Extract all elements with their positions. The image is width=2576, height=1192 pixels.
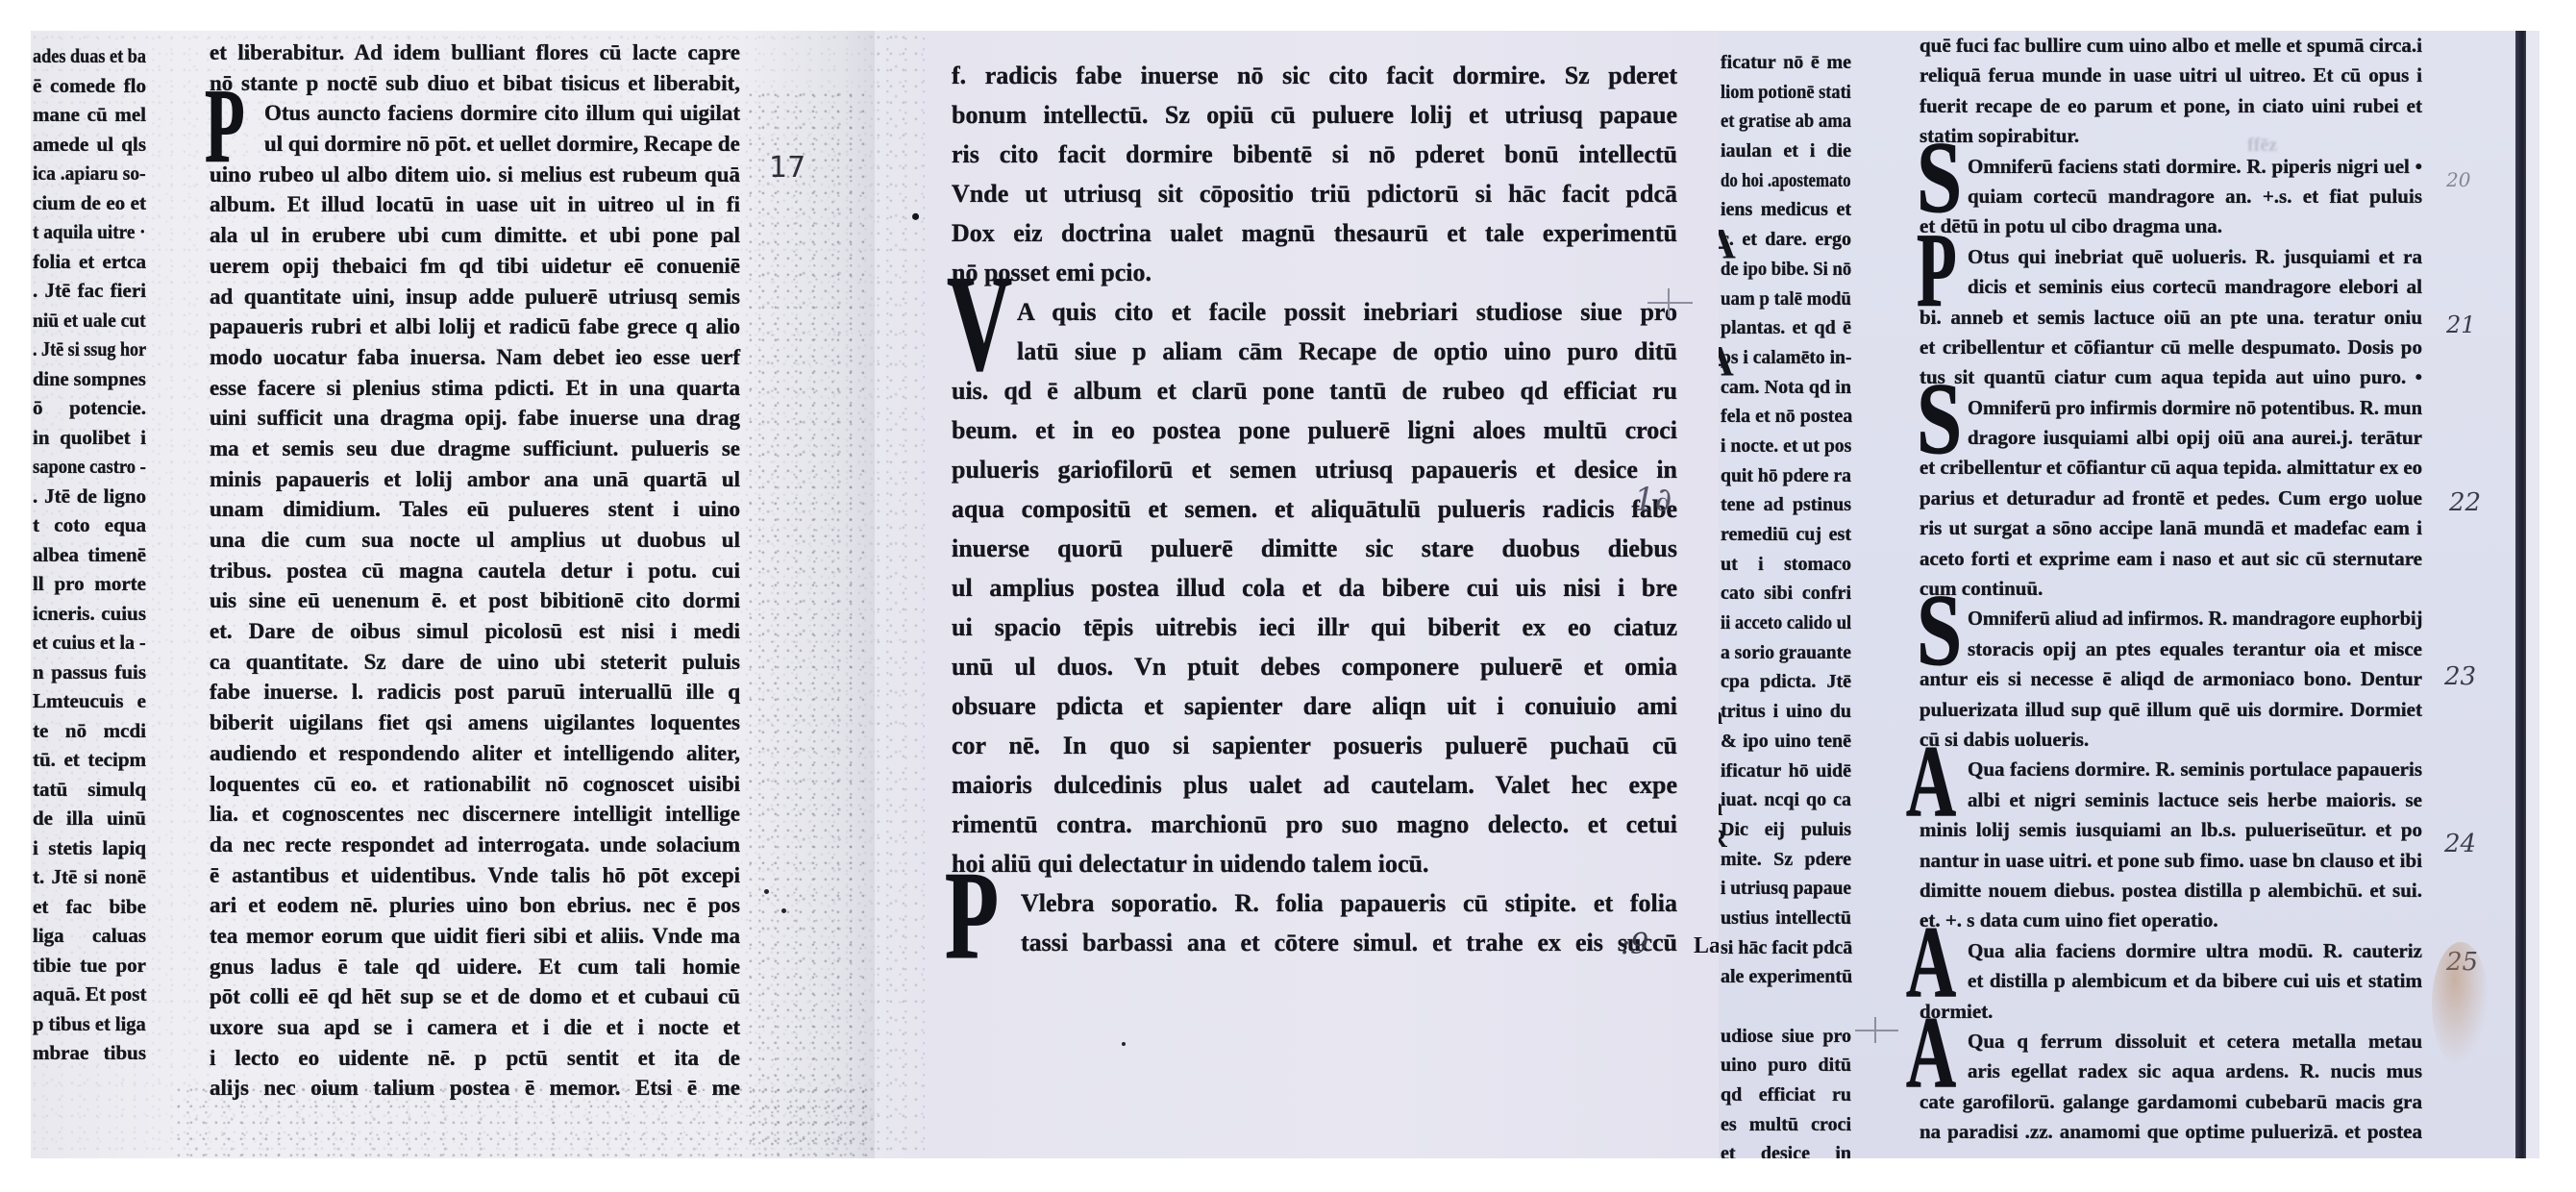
text-line: ui spacio tēpis uitrebis ieci illr qui b… [952,608,1677,647]
text-line: ris ut surgat a sōno accipe lanā mundā e… [1920,513,2422,543]
text-line: iuat. ncqi qo ca [1721,785,1851,815]
text-line: audiendo et respondendo aliter et intell… [210,738,740,769]
text-line: qd efficiat ru [1721,1080,1851,1110]
ink-dot [764,889,769,894]
text-line: ll pro morte [33,569,146,599]
text-line: et desice in [1721,1139,1851,1158]
text-line: i lecto eo uidente nē. p pctū sentit et … [210,1043,740,1074]
text-line: minis lolij semis iusquiami an lb.s. pul… [1920,815,2422,845]
text-line: Omniferū pro infirmis dormire nō potenti… [1968,393,2412,423]
paper-stain [2432,942,2489,1067]
text-line: dine sompnes [33,364,143,394]
text-line: ades duas et ba [33,41,131,71]
text-line: et liberabitur. Ad idem bulliant flores … [210,37,740,68]
text-line: et fac bibe [33,892,146,922]
text-line: quē fuci fac bullire cum uino albo et me… [1920,31,2422,61]
text-line: biberit uigilans fiet qsi amens uigilant… [210,708,740,738]
text-line: ustius intellectū [1721,904,1851,933]
text-line: folia et ertca [33,247,146,277]
cross-mark-icon [1647,288,1693,317]
text-line: loquentes cū eo. et rationabilit nō cogn… [210,769,740,800]
text-line: plantas. et qd ē [1721,313,1851,343]
text-line: quiam cortecū mandragore an. +.s. et fia… [1968,182,2422,211]
text-line: ificatur hō uidē [1721,757,1851,786]
edge-fragment: La [1694,934,1719,957]
text-line [1721,992,1851,1022]
text-line: cor nē. In quo si sapienter posueris pul… [952,726,1677,765]
text-line: niū et uale cut [33,306,138,335]
text-line: ica .apiaru so- [33,159,138,188]
text-line: fuerit recape de eo parum et pone, in ci… [1920,91,2422,121]
text-line: na paradisi .zz. anamomi que optime pulu… [1920,1117,2422,1147]
text-line: te nō mcdi [33,716,146,746]
text-line: liga caluas [33,921,146,951]
side-initial-fragment: A [1719,340,1734,383]
text-line: si hāc facit pdcā [1721,933,1851,963]
text-line: reliquā ferua munde in uase uitri ul uit… [1920,61,2422,90]
text-line: gnus ladus ē tale qd uidere. Et cum tali… [210,952,740,982]
text-line: de ipo bibe. Si nō [1721,255,1843,285]
text-line: Dox eiz doctrina ualet magnū thesaurū et… [952,213,1677,253]
paper-specks-margin [747,88,867,1155]
text-line: . Jtē fac fieri [33,276,146,306]
text-line: esse facere si plenius stima pdicti. Et … [210,373,740,404]
text-line: albea timenē [33,540,146,570]
text-line: i nocte. et ut pos [1721,432,1849,461]
page-edge-strip [2526,31,2539,1158]
text-line: modo uocatur faba inuersa. Nam debet ieo… [210,342,740,373]
text-line: tū. et tecipm [33,745,146,775]
text-line: ale experimentū [1721,962,1851,992]
text-line: et dētū in potu ul cibo dragma una. [1920,211,2422,241]
text-line: cum continuū. [1920,574,2422,604]
text-line: remediū cuj est [1721,520,1851,550]
text-line: unam dimidium. Tales eū pulueres stent i… [210,494,740,525]
main-column-text: et liberabitur. Ad idem bulliant flores … [210,37,740,1104]
text-line: maioris dulcedinis plus ualet ad cautela… [952,765,1677,805]
text-line: pulueris gariofilorū et semen utriusq pa… [952,450,1677,489]
text-line: f. radicis fabe inuerse nō sic cito faci… [952,56,1677,95]
text-line: et cuius et la - [33,628,140,658]
text-line: t coto equa [33,510,146,540]
text-line: latū siue p aliam cām Recape de optio ui… [1017,332,1677,371]
text-line: de illa uinū [33,804,146,833]
text-line: c. et dare. ergo [1721,225,1851,255]
text-line: aqua compositū et semen. et aliquātulū p… [952,489,1677,529]
text-line: nō stante p noctē sub diuo et bibat tisi… [210,68,740,99]
margin-number: 20 [2446,170,2470,189]
text-line: et cribellentur et cōfiantur cū melle de… [1920,333,2422,362]
text-line: amede ul qls [33,130,146,160]
text-line: ad quantitate uini, insup adde puluerē u… [210,282,740,312]
main-column-text: f. radicis fabe inuerse nō sic cito faci… [952,56,1677,962]
text-line: do hoi .apostemato [1721,166,1831,196]
text-line: Vlebra soporatio. R. folia papaueris cū … [1021,883,1677,923]
text-line: es multū croci [1721,1110,1851,1140]
text-line: cate garofilorū. galange gardamomi cubeb… [1920,1087,2422,1117]
text-line: et distilla p alembicum et da bibere cui… [1968,966,2422,996]
text-line: nantur in uase uitri. et pone sub fimo. … [1920,846,2422,876]
paper-specks-gutter [875,31,925,1158]
text-line: uis sine eū uenenum ē. et post bibitionē… [210,585,740,616]
side-initial-fragment: n [1719,704,1722,729]
text-line: tritus i uino du [1721,697,1851,727]
text-line: tribus. postea cū magna cautela detur i … [210,556,740,586]
text-line: dicis et seminis eius cortecū mandragore… [1968,272,2422,302]
text-line: Vnde ut utriusq sit cōpositio triū pdict… [952,174,1677,213]
bullet-mark: • [911,205,920,230]
text-line: ul qui dormire nō pōt. et uellet dormire… [264,129,738,160]
text-line: aquā. Et post [33,980,146,1009]
text-line: ii acceto calido ul [1721,608,1842,638]
text-line: da nec recte respondet ad interrogata. u… [210,830,740,860]
text-line: et gratise ab ama [1721,107,1843,137]
text-line: beum. et in eo postea pone puluerē ligni… [952,410,1677,450]
main-column: V P f. radicis fabe inuerse nō sic cito … [952,56,1677,1152]
text-line: Lmteucuis e [33,686,146,716]
cross-mark-icon [1855,1017,1898,1043]
main-column-text: quē fuci fac bullire cum uino albo et me… [1920,31,2422,1147]
text-line: t. Jtē si nonē [33,862,146,892]
text-line: ficatur nō ē me [1721,48,1851,78]
text-line: iens medicus et [1721,195,1851,225]
text-line: p tibus et liga [33,1009,143,1039]
margin-number: 21 [2446,313,2476,336]
text-line: ē comede flo [33,71,146,101]
text-line: tene ad pstinus [1721,490,1851,520]
text-line: aceto forti et exprime eam i naso et aut… [1920,544,2422,574]
text-line: ala ul in erubere ubi cum dimitte. et ub… [210,220,740,251]
side-column-text: ficatur nō ē meliom potionē statiet grat… [1721,48,1851,1158]
text-line: antur eis si necesse ē aliqd de armoniac… [1920,664,2422,694]
text-line: in quolibet i [33,423,146,453]
text-line: tassi barbassi ana et cōtere simul. et t… [1021,923,1677,962]
text-line: uis. qd ē album et clarū pone tantū de r… [952,371,1677,410]
text-line: nō posset emi pcio. [952,253,1677,292]
text-line: tibie tue por [33,951,146,981]
text-line: i utriusq papaue [1721,874,1847,904]
text-line: Omniferū aliud ad infirmos. R. mandragor… [1968,604,2408,633]
side-column-text: ades duas et baē comede flomane cū melam… [33,41,146,1068]
text-line: i stetis lapiq [33,833,146,863]
margin-folio-number: 1∂ [1634,484,1672,516]
text-line: udiose siue pro [1721,1022,1851,1052]
text-line: A quis cito et facile possit inebriari s… [1017,292,1677,332]
text-line: icneris. cuius [33,599,146,629]
end-mark: :9 [1621,931,1648,959]
text-line: bi. anneb et semis lactuce oiū an pte un… [1920,303,2422,333]
text-line: Qua q ferrum dissoluit et cetera metalla… [1968,1027,2422,1056]
text-line: rimentū contra. marchionū pro suo magno … [952,805,1677,844]
manuscript-page-middle: V P f. radicis fabe inuerse nō sic cito … [875,31,1719,1158]
text-line: uino rubeo ul albo ditem uio. si melius … [210,160,740,190]
text-line: minis papaueris et lolij ambor ana unā q… [210,464,740,495]
side-initial-fragment: n [1719,795,1722,820]
text-line: et cribellentur et cōfiantur cū aqua tep… [1920,453,2419,483]
side-initial-fragment: A [1719,223,1736,265]
text-line: parius et deturadur ad frontē et pedes. … [1920,484,2422,513]
text-line: obsuare pdicta et sapienter dare aliqn u… [952,686,1677,726]
text-line: ē astantibus et uidentibus. Vnde talis h… [210,860,740,891]
text-line: Qua alia faciens dormire ultra modū. R. … [1968,936,2422,966]
ink-dot [781,908,786,913]
text-line: n passus fuis [33,658,146,687]
text-line: uini sufficit una dragma opij. fabe inue… [210,403,740,434]
text-line: Omniferū faciens stati dormire. R. piper… [1968,152,2422,182]
text-line: fabe inuerse. l. radicis post paruū inte… [210,677,740,708]
text-line: uerem opij thebaici fm qd tibi uidetur e… [210,251,740,282]
text-line: uxore sua apd se i camera et i die et i … [210,1012,740,1043]
text-line: Qua faciens dormire. R. seminis portulac… [1968,755,2422,784]
main-column: S P S S A A A quē fuci fac bullire cum u… [1920,31,2422,1158]
manuscript-page-left: ades duas et baē comede flomane cū melam… [31,31,875,1158]
text-line: hoi aliū qui delectatur in uidendo talem… [952,844,1677,883]
text-line: tus sit quantū ciatur cum aqua tepida au… [1920,362,2422,392]
margin-number: 23 [2444,664,2476,689]
text-line: lia. et cognoscentes nec discernere inte… [210,799,740,830]
text-line: papaueris rubri et albi lolij et radicū … [210,311,740,342]
text-line: a sorio grauante [1721,638,1848,668]
text-line: album. Et illud locatū in uase uit in ui… [210,189,740,220]
text-line: ps i calamēto in- [1721,343,1848,373]
text-line: Otus auncto faciens dormire cito illum q… [264,98,740,129]
text-line: uino puro ditū [1721,1051,1851,1080]
text-line: ca quantitate. Sz dare de uino ubi stete… [210,647,740,678]
text-line: dormiet. [1920,997,2422,1027]
text-line: bonum intellectū. Sz opiū cū puluere lol… [952,95,1677,135]
text-line: ut i stomaco [1721,550,1851,580]
text-line: unū ul duos. Vn ptuit debes componere pu… [952,647,1677,686]
text-line: Dic eij puluis [1721,815,1851,845]
text-line: sapone castro - [33,452,133,482]
text-line: ris cito facit dormire bibentē si nō pde… [952,135,1677,174]
margin-number: 22 [2449,490,2481,515]
faint-smudge: ffēz [2247,135,2277,157]
text-line: iaulan et i die [1721,137,1851,166]
text-line: Otus qui inebriat quē uolueris. R. jusqu… [1968,242,2422,272]
text-line: inuerse quorū puluerē dimitte sic stare … [952,529,1677,568]
text-line: statim sopirabitur. [1920,121,2422,151]
text-line: et. +. s data cum uino fiet operatio. [1920,906,2422,935]
margin-folio-number: 17 [769,154,805,183]
text-line: ma et semis seu due dragme sufficiunt. p… [210,434,740,464]
text-line: dragore iusquiami albi opij oiū ana aure… [1968,423,2422,453]
text-line: quit hō pdere ra [1721,461,1849,491]
text-line: aris egellat radex sic aqua ardens. R. n… [1968,1056,2422,1086]
text-line: tea memor eorum que uidit fieri sibi et … [210,921,740,952]
text-line: . Jtē de ligno [33,482,146,511]
text-line: dimitte nouem diebus. postea distilla p … [1920,876,2422,906]
text-line: cam. Nota qd in [1721,373,1851,403]
text-line: mbrae tibus [33,1038,146,1068]
text-line: uam p talē modū [1721,285,1844,314]
text-line: una die cum sua nocte ul amplius ut duob… [210,525,740,556]
text-line: pōt colli eē qd hēt sup se et de domo et… [210,981,740,1012]
text-line: fela et nō postea [1721,402,1851,432]
text-line: alijs nec oium talium postea ē memor. Et… [210,1073,740,1104]
text-line: et. Dare de oibus simul picolosū est nis… [210,616,740,647]
text-line: ari et eodem nē. pluries uino bon ebrius… [210,890,740,921]
text-line: cpa pdicta. Jtē [1721,667,1851,697]
text-line: liom potionē stati [1721,78,1841,108]
text-line: & ipo uino tenē [1721,727,1851,757]
text-line: puluerizata illud sup quē illum quē uis … [1920,695,2422,725]
text-line: ul amplius postea illud cola et da biber… [952,568,1677,608]
text-line: . Jtē si ssug hor [33,335,131,364]
text-line: cū si dabis uolueris. [1920,725,2422,755]
text-line: cato sibi confri [1721,579,1851,608]
main-column: P et liberabitur. Ad idem bulliant flore… [210,37,740,1153]
text-line: mane cū mel [33,100,146,130]
binding-edge [2515,31,2526,1158]
text-line: albi et nigri seminis lactuce seis herbe… [1968,785,2422,815]
text-line: storacis opij an ptes equales terantur o… [1968,634,2422,664]
margin-number: 24 [2444,832,2476,857]
text-line: tatū simulq [33,775,146,805]
side-initial-fragment: R [1719,827,1727,852]
ink-dot [1122,1042,1126,1046]
text-line: ō potencie. [33,393,146,423]
text-line: cium de eo et [33,188,146,218]
manuscript-page-right: ficatur nō ē meliom potionē statiet grat… [1719,31,2539,1158]
text-line: t aquila uitre · [33,217,136,247]
text-line: mite. Sz pdere [1721,845,1851,875]
